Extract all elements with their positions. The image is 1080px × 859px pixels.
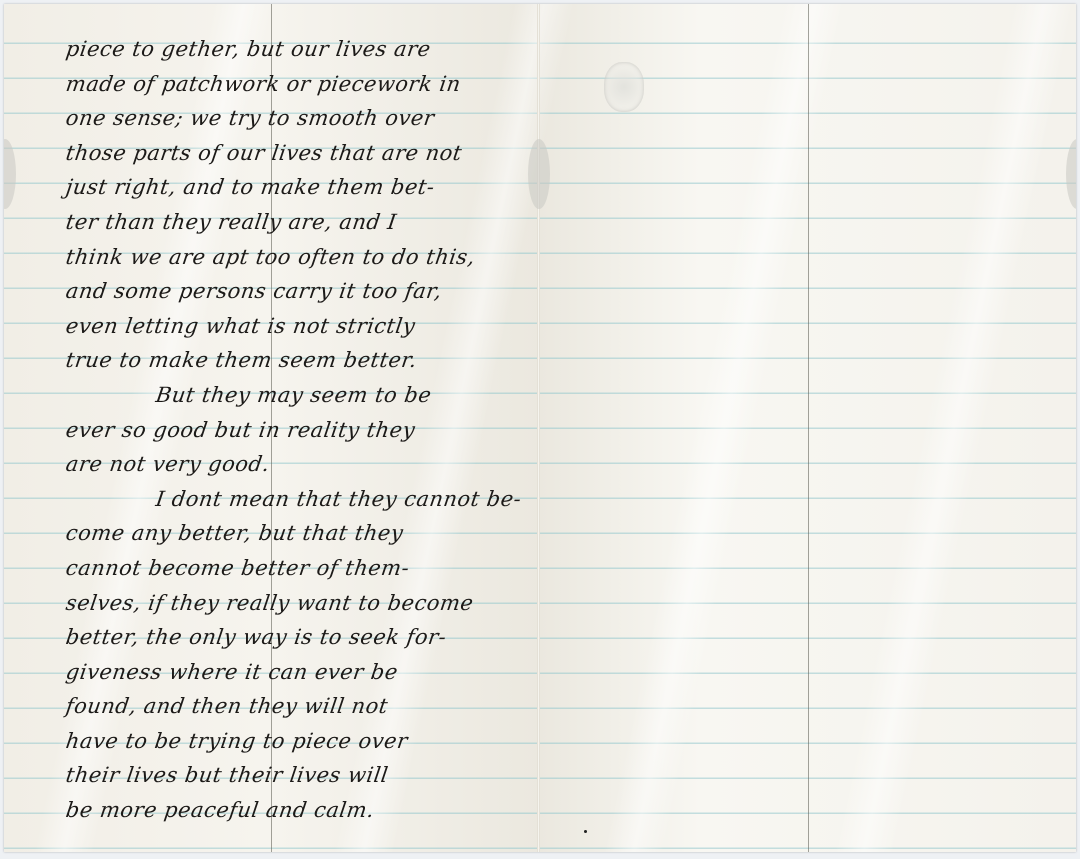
text-line-paragraph-start: But they may seem to be [64,378,549,413]
text-line: even letting what is not strictly [64,309,549,344]
text-line: are not very good. [64,447,549,482]
text-line: piece to gether, but our lives are [64,32,549,67]
text-line: cannot become better of them- [64,551,549,586]
text-line: ter than they really are, and I [64,205,549,240]
text-line: come any better, but that they [64,516,549,551]
text-line: be more peaceful and calm. [64,793,549,828]
text-line: giveness where it can ever be [64,655,549,690]
text-line: found, and then they will not [64,689,549,724]
text-line-paragraph-start: I dont mean that they cannot be- [64,482,549,517]
handwritten-text: piece to gether, but our lives are made … [66,32,546,828]
text-line: those parts of our lives that are not [64,136,549,171]
text-line: just right, and to make them bet- [64,170,549,205]
text-line: selves, if they really want to become [64,586,549,621]
text-line: their lives but their lives will [64,758,549,793]
text-line: and some persons carry it too far, [64,274,549,309]
text-line: have to be trying to piece over [64,724,549,759]
text-line: one sense; we try to smooth over [64,101,549,136]
text-line: made of patchwork or piecework in [64,67,549,102]
text-line: ever so good but in reality they [64,413,549,448]
ink-speck [584,830,587,833]
text-line: true to make them seem better. [64,343,549,378]
embossed-stamp [604,62,644,112]
letter-sheet: piece to gether, but our lives are made … [4,4,1076,852]
fold-line [808,4,809,852]
text-line: think we are apt too often to do this, [64,240,549,275]
text-line: better, the only way is to seek for- [64,620,549,655]
